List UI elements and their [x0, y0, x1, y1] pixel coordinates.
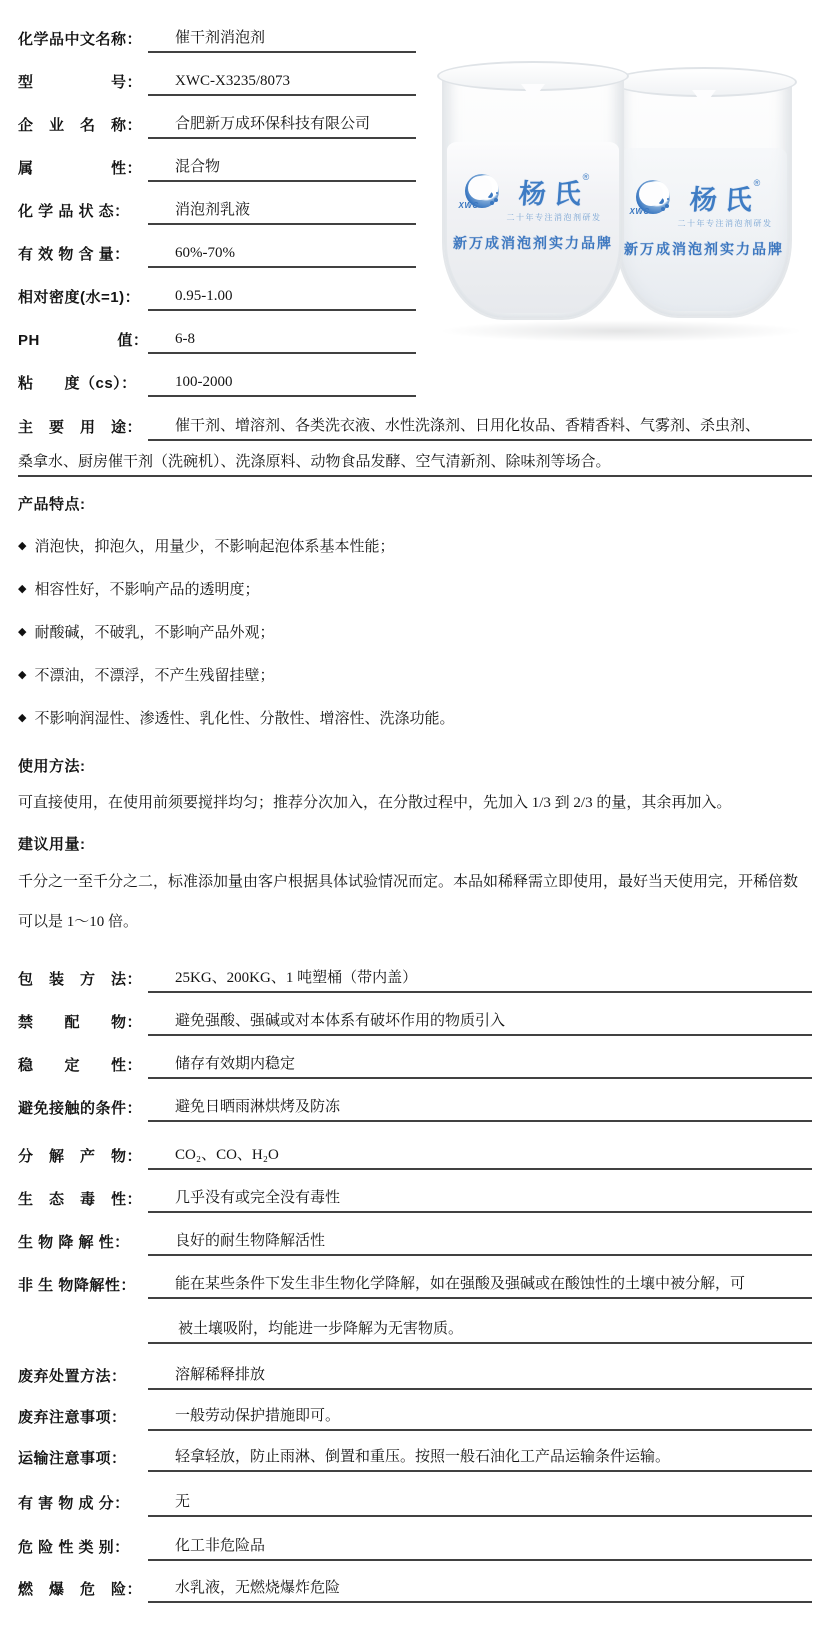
product-datasheet: 化学品中文名称： 催干剂消泡剂 型 号： XWC-X3235/8073 企 业 … [0, 0, 830, 1626]
photo-shadow [438, 320, 804, 342]
field-packing-method: 包 装 方 法： 25KG、200KG、1 吨塑桶（带内盖） [18, 950, 812, 993]
field-main-use: 主 要 用 途： 催干剂、增溶剂、各类洗衣液、水性洗涤剂、日用化妆品、香精香料、… [18, 397, 812, 441]
field-value: 6-8 [148, 331, 416, 354]
dosage-heading: 建议用量: [18, 833, 812, 854]
field-value-line1: 催干剂、增溶剂、各类洗衣液、水性洗涤剂、日用化妆品、香精香料、气雾剂、杀虫剂、 [148, 414, 812, 441]
bottom-fields-section: 包 装 方 法： 25KG、200KG、1 吨塑桶（带内盖） 禁 配 物： 避免… [18, 950, 812, 1603]
feature-item: ◆ 不影响润湿性、渗透性、乳化性、分散性、增溶性、洗涤功能。 [18, 696, 812, 739]
field-value: 60%-70% [148, 245, 416, 268]
feature-text: 相容性好，不影响产品的透明度； [34, 578, 259, 599]
usage-heading: 使用方法: [18, 755, 812, 776]
field-chemical-name: 化学品中文名称： 催干剂消泡剂 [18, 10, 812, 53]
field-label: 禁 配 物： [18, 1011, 148, 1036]
field-label: 危 险 性 类 别： [18, 1536, 148, 1561]
field-explosion-hazard: 燃 爆 危 险： 水乳液，无燃烧爆炸危险 [18, 1561, 812, 1603]
field-label: 废弃处置方法： [18, 1365, 148, 1390]
field-biodegradability: 生 物 降 解 性： 良好的耐生物降解活性 [18, 1213, 812, 1256]
brand-block: XWC 杨氏® 二十年专注消泡剂研发 新万成消泡剂实力品牌 [616, 178, 792, 259]
field-hazard-class: 危 险 性 类 别： 化工非危险品 [18, 1517, 812, 1561]
diamond-bullet-icon: ◆ [18, 539, 26, 552]
field-transport-precautions: 运输注意事项： 轻拿轻放，防止雨淋、倒置和重压。按照一般石油化工产品运输条件运输… [18, 1431, 812, 1472]
field-label: 化学品中文名称： [18, 28, 148, 53]
brand-name: 杨氏 [688, 178, 761, 217]
field-label: 化 学 品 状 态： [18, 200, 148, 225]
field-value: 混合物 [148, 155, 416, 182]
field-value: 合肥新万成环保科技有限公司 [148, 112, 416, 139]
field-label: 粘 度（cs）： [18, 372, 148, 397]
field-label: 型 号： [18, 71, 148, 96]
product-photo: XWC 杨氏® 二十年专注消泡剂研发 新万成消泡剂实力品牌 [428, 56, 814, 342]
field-value: XWC-X3235/8073 [148, 73, 416, 96]
brand-tagline: 二十年专注消泡剂研发 [678, 218, 773, 229]
field-label: 分 解 产 物： [18, 1145, 148, 1170]
logo-abbr-text: XWC [630, 207, 650, 216]
field-conditions-to-avoid: 避免接触的条件： 避免日晒雨淋烘烤及防冻 [18, 1079, 812, 1122]
field-label: 非 生 物降解性： [18, 1274, 148, 1299]
diamond-bullet-icon: ◆ [18, 582, 26, 595]
brand-block: XWC 杨氏® 二十年专注消泡剂研发 新万成消泡剂实力品牌 [442, 172, 624, 253]
field-label: 运输注意事项： [18, 1447, 148, 1472]
field-label: 相对密度(水=1)： [18, 286, 148, 311]
beaker-milky: XWC 杨氏® 二十年专注消泡剂研发 新万成消泡剂实力品牌 [442, 68, 624, 320]
field-value: 100-2000 [148, 374, 416, 397]
field-eco-toxicity: 生 态 毒 性： 几乎没有或完全没有毒性 [18, 1170, 812, 1213]
features-list: ◆ 消泡快，抑泡久，用量少，不影响起泡体系基本性能； ◆ 相容性好，不影响产品的… [18, 524, 812, 739]
field-label: 废弃注意事项： [18, 1406, 148, 1431]
field-label: 主 要 用 途： [18, 416, 148, 441]
field-value: 避免强酸、强碱或对本体系有破坏作用的物质引入 [148, 1009, 812, 1036]
brand-tagline: 二十年专注消泡剂研发 [507, 212, 602, 223]
feature-text: 消泡快，抑泡久，用量少，不影响起泡体系基本性能； [34, 535, 394, 556]
field-value: CO₂、CO、H₂O [148, 1143, 812, 1170]
dosage-text: 千分之一至千分之二，标准添加量由客户根据具体试验情况而定。本品如稀释需立即使用，… [18, 862, 812, 942]
feature-text: 耐酸碱，不破乳，不影响产品外观； [34, 621, 274, 642]
field-value: 良好的耐生物降解活性 [148, 1229, 812, 1256]
feature-text: 不影响润湿性、渗透性、乳化性、分散性、增溶性、洗涤功能。 [34, 707, 454, 728]
field-value: 催干剂消泡剂 [148, 26, 416, 53]
field-label: 有 害 物 成 分： [18, 1492, 148, 1517]
logo-wrap: XWC [465, 174, 499, 208]
field-value: 轻拿轻放，防止雨淋、倒置和重压。按照一般石油化工产品运输条件运输。 [148, 1445, 812, 1472]
beaker-clear: XWC 杨氏® 二十年专注消泡剂研发 新万成消泡剂实力品牌 [616, 74, 792, 318]
feature-text: 不漂油，不漂浮，不产生残留挂壁； [34, 664, 274, 685]
field-incompatibles: 禁 配 物： 避免强酸、强碱或对本体系有破坏作用的物质引入 [18, 993, 812, 1036]
feature-item: ◆ 耐酸碱，不破乳，不影响产品外观； [18, 610, 812, 653]
field-value: 储存有效期内稳定 [148, 1052, 812, 1079]
field-non-biodegradability: 非 生 物降解性： 能在某些条件下发生非生物化学降解，如在强酸及强碱或在酸蚀性的… [18, 1256, 812, 1299]
brand-slogan: 新万成消泡剂实力品牌 [442, 233, 624, 253]
field-non-biodegradability-continued: 被土壤吸附，均能进一步降解为无害物质。 [18, 1299, 812, 1344]
field-label: 企 业 名 称： [18, 114, 148, 139]
field-value-line2: 桑拿水、厨房催干剂（洗碗机）、洗涤原料、动物食品发酵、空气清新剂、除味剂等场合。 [18, 450, 812, 477]
field-label: 生 物 降 解 性： [18, 1231, 148, 1256]
field-value-line1: 能在某些条件下发生非生物化学降解，如在强酸及强碱或在酸蚀性的土壤中被分解，可 [148, 1272, 812, 1299]
diamond-bullet-icon: ◆ [18, 711, 26, 724]
field-value: 几乎没有或完全没有毒性 [148, 1186, 812, 1213]
field-value: 25KG、200KG、1 吨塑桶（带内盖） [148, 966, 812, 993]
field-value: 化工非危险品 [148, 1534, 812, 1561]
field-value: 避免日晒雨淋烘烤及防冻 [148, 1095, 812, 1122]
feature-item: ◆ 消泡快，抑泡久，用量少，不影响起泡体系基本性能； [18, 524, 812, 567]
field-label: 稳 定 性： [18, 1054, 148, 1079]
field-label: 燃 爆 危 险： [18, 1578, 148, 1603]
field-stability: 稳 定 性： 储存有效期内稳定 [18, 1036, 812, 1079]
diamond-bullet-icon: ◆ [18, 625, 26, 638]
field-decomposition-products: 分 解 产 物： CO₂、CO、H₂O [18, 1122, 812, 1170]
field-viscosity: 粘 度（cs）： 100-2000 [18, 354, 812, 397]
field-label: 包 装 方 法： [18, 968, 148, 993]
field-label: 生 态 毒 性： [18, 1188, 148, 1213]
feature-item: ◆ 不漂油，不漂浮，不产生残留挂壁； [18, 653, 812, 696]
field-value: 水乳液，无燃烧爆炸危险 [148, 1576, 812, 1603]
field-waste-precautions: 废弃注意事项： 一般劳动保护措施即可。 [18, 1390, 812, 1431]
brand-slogan: 新万成消泡剂实力品牌 [616, 239, 792, 259]
field-value-line2: 被土壤吸附，均能进一步降解为无害物质。 [148, 1317, 812, 1344]
field-label: 避免接触的条件： [18, 1097, 148, 1122]
diamond-bullet-icon: ◆ [18, 668, 26, 681]
field-main-use-continued: 桑拿水、厨房催干剂（洗碗机）、洗涤原料、动物食品发酵、空气清新剂、除味剂等场合。 [18, 441, 812, 477]
field-value: 一般劳动保护措施即可。 [148, 1404, 812, 1431]
feature-item: ◆ 相容性好，不影响产品的透明度； [18, 567, 812, 610]
field-value: 溶解稀释排放 [148, 1363, 812, 1390]
features-heading: 产品特点: [18, 493, 812, 514]
field-label: 有 效 物 含 量： [18, 243, 148, 268]
usage-text: 可直接使用，在使用前须要搅拌均匀；推荐分次加入，在分散过程中，先加入 1/3 到… [18, 791, 812, 815]
brand-name: 杨氏 [517, 172, 590, 211]
field-value: 0.95-1.00 [148, 288, 416, 311]
field-label: 属 性： [18, 157, 148, 182]
field-label: PH 值： [18, 329, 148, 354]
logo-wrap: XWC [636, 180, 670, 214]
logo-abbr-text: XWC [459, 201, 479, 210]
field-hazardous-components: 有 害 物 成 分： 无 [18, 1472, 812, 1517]
field-value: 无 [148, 1490, 812, 1517]
field-waste-disposal: 废弃处置方法： 溶解稀释排放 [18, 1344, 812, 1390]
field-value: 消泡剂乳液 [148, 198, 416, 225]
